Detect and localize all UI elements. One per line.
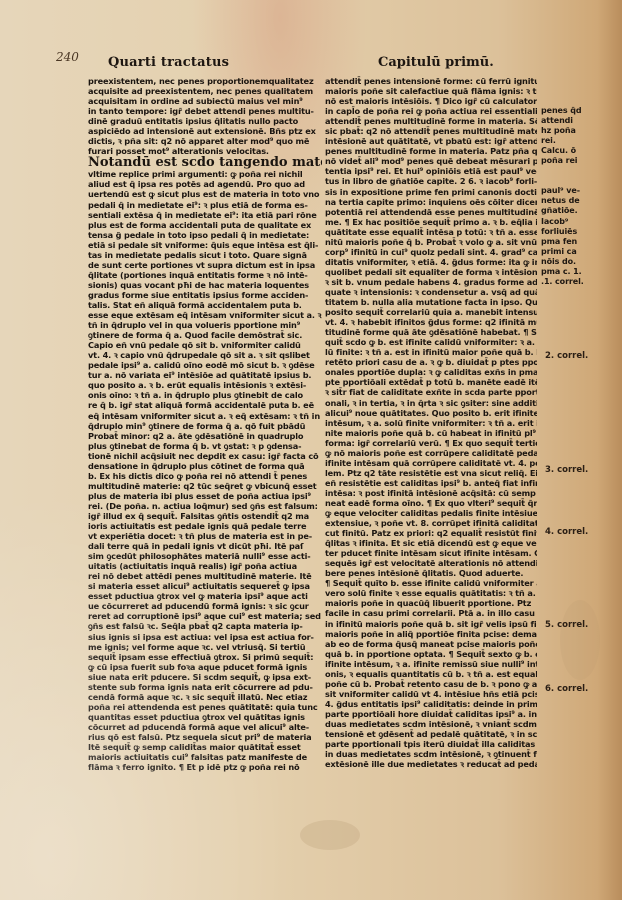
text-line: quit̄ scdo ꝙ b. est ifinite calidū vnifo… <box>325 337 537 347</box>
text-line: alicui⁹ noue quātitates. Quo posito b. e… <box>325 408 537 418</box>
text-line: onis oīno: ꝛ tñ a. in q̄druplo plus ꝯtin… <box>88 390 322 400</box>
text-line: posito sequit̄ correlariū quia a. manebi… <box>325 307 537 317</box>
text-line: dictis, ꝛ pña sit: q2 nō apparet alter m… <box>88 136 322 146</box>
text-line: sius ignis si ipsa est actiua: vel ipsa … <box>88 632 322 642</box>
text-line: penes q̄d <box>541 106 621 116</box>
text-line: sequēs igr̄ est velocitatē alterationis … <box>325 558 537 568</box>
text-line: vltime replice primi argumenti: ꝙ poña r… <box>88 169 322 179</box>
text-line: stente sub forma ignis nata erit cōcurre… <box>88 682 322 692</box>
text-line: me. ¶ Ex hac positiōe sequit̄ primo a. ꝛ… <box>325 217 537 227</box>
corollary-marker: 3. correl. <box>545 465 588 475</box>
text-line: ¶ Sequit̄ quīto b. esse ifinite calidū v… <box>325 578 537 588</box>
text-line: sequit̄ ipsam esse effectiuā ꝯtrox. Si p… <box>88 652 322 662</box>
text-line: neat eadē forma oīno. ¶ Ex quo vlteri⁹ s… <box>325 498 537 508</box>
text-line: extēsionē ille due medietates ꝛ reducat̄… <box>325 759 537 769</box>
text-line: ioris actiuitatis est pedale ignis quā p… <box>88 521 322 531</box>
text-line: sionis) quas vocant pħi de hac materia l… <box>88 280 322 290</box>
text-line: potentiā rei attendendā esse penes multi… <box>325 207 537 217</box>
text-line: etiā si pedale sit vniforme: q̄uis eque … <box>88 240 322 250</box>
text-line: q̄druplo min⁹ ꝯtinere de forma q̄ a. qō … <box>88 421 322 431</box>
text-line: eq̄ intēsam vniformiter sicut a. ꝛ eq̄ e… <box>88 411 322 421</box>
corollary-marker: 6. correl. <box>545 684 588 694</box>
text-line: Probat̄ minor: q2 a. āte ꝯdēsatiōnē in q… <box>88 431 322 441</box>
text-line: sic pbat̄: q2 nō attendit̄ penes multitu… <box>325 126 537 136</box>
text-line: retēto priori casu de a. ꝛ ꝙ b. diuidat̄… <box>325 357 537 367</box>
text-line: intēsionē aut quātitatē, vt pbatū est: i… <box>325 136 537 146</box>
text-line: quā b. in pportione optata. ¶ Sequit̄ se… <box>325 649 537 659</box>
text-line: intēsa: ꝛ post ifinitā intēsionē acq̄sit… <box>325 488 537 498</box>
text-line: maioris poñe in quacūq̄ libuerit pportio… <box>325 598 537 608</box>
text-line: Iacob⁹ <box>541 217 621 227</box>
text-line: in ifinitū maioris poñe quā b. sit igr̄ … <box>325 619 537 629</box>
text-line: ꝙ eque velociter caliditas pedalis finit… <box>325 508 537 518</box>
text-line: esset pductiua ꝯtrox vel ꝙ materia ipsi⁹… <box>88 591 322 601</box>
text-line: eñ resistētie est caliditas ipsi⁹ b. ant… <box>325 478 537 488</box>
text-line: densatione in q̄druplo plus cōtinet de f… <box>88 461 322 471</box>
text-line: onis, ꝛ equalis quantitatis cū b. ꝛ tñ a… <box>325 669 537 679</box>
text-line: ue cōcurreret ad pducendū formā ignis: ꝛ… <box>88 601 322 611</box>
left-text-column: preexistentem, nec penes proportionemqua… <box>88 76 322 772</box>
text-line: gñatiōe. <box>541 206 621 216</box>
text-line: tas in medietate pedalis sicut i toto. Q… <box>88 250 322 260</box>
text-line: attendit̄ penes intensionē forme: cū fer… <box>325 76 537 86</box>
text-line: vt. 4. ꝛ capio vnū q̄drupedale qō sit a.… <box>88 350 322 360</box>
text-line: Calcu. ō <box>541 146 621 156</box>
text-line: vt. 4. ꝛ habebit ifinitos g̃dus forme: q… <box>325 317 537 327</box>
text-line: flāma ꝛ ferro ignito. ¶ Et p idē ptz ꝙ p… <box>88 762 322 772</box>
text-line: tñ in q̄druplo vel in qua volueris pport… <box>88 320 322 330</box>
text-line: de sunt certe portiones vt supra dictum … <box>88 260 322 270</box>
text-line: ꝙ cū ipsa fuerit sub foꝛa aque pducet fo… <box>88 662 322 672</box>
text-line: facile in casu primi correlarii. Ptā a. … <box>325 608 537 618</box>
text-line: primi ca <box>541 247 621 257</box>
text-line: multitudinē materie: q2 tūc seq̄ret ꝙ vb… <box>88 481 322 491</box>
book-page: 240 Quarti tractatus Capitulū primū. pre… <box>0 0 622 900</box>
text-line: duas medietates scdm intēsionē, ꝛ vniant… <box>325 719 537 729</box>
text-line: acquisite ad preexistentem, nec penes qu… <box>88 86 322 96</box>
text-line: intēsum, ꝛ a. solū finite vniformiter: ꝛ… <box>325 418 537 428</box>
text-line <box>541 166 621 176</box>
running-head-right: Capitulū primū. <box>378 55 494 70</box>
text-line: dinē graduū entitatis ipsius q̄litatis n… <box>88 116 322 126</box>
text-line: in duas medietates scdm intēsionē, ꝛ ꝯti… <box>325 749 537 759</box>
text-line: ꝯñs est falsū ꝛc. Seq̄la pbat̄ q2 capta … <box>88 621 322 631</box>
text-line: ditatis vniformiter, ꝛ etiā. 4. g̃dus fo… <box>325 257 537 267</box>
paper-stain <box>560 600 600 680</box>
text-line: attendit̄ penes multitudinē forme in mat… <box>325 116 537 126</box>
text-line: q̄litate (portiones inquā entitatis form… <box>88 270 322 280</box>
text-line: quate ꝛ intensionis: ꝛ condensetur a. vs… <box>325 287 537 297</box>
text-line: quolibet pedali sit equaliter de forma ꝛ… <box>325 267 537 277</box>
text-line: furari posset mot⁹ alterationis velocita… <box>88 146 322 156</box>
text-line: si materia esset alicui⁹ actiuitatis seq… <box>88 581 322 591</box>
text-line: tensa g̃ pedale in toto ipso pedali q̄ i… <box>88 230 322 240</box>
text-line: parte pportionali tpis iterū diuidat̄ il… <box>325 739 537 749</box>
text-line: sentiali extēsa q̄ in medietate ei⁹: ita… <box>88 210 322 220</box>
text-line: ꝛ sit b. vnum pedale habens 4. gradus fo… <box>325 277 537 287</box>
text-line: ter pducet finite intēsam sicut ifinite … <box>325 548 537 558</box>
corollary-marker: 4. correl. <box>545 527 588 537</box>
text-line: tentia ipsi⁹ rei. Et hui⁹ opiniōis etiā … <box>325 166 537 176</box>
text-line: pedale ipsi⁹ a. calidū oīno eodē mō sicu… <box>88 360 322 370</box>
text-line: cendā formā aque ꝛc. ꝛ sic sequit̄ illat… <box>88 692 322 702</box>
text-line: forma: igr̄ correlariū verū. ¶ Ex quo se… <box>325 438 537 448</box>
text-line: paul⁹ ve- <box>541 186 621 196</box>
text-line: titudinē forme quā āte ꝯdēsatiōnē habeba… <box>325 327 537 337</box>
text-line: Capio eñ vnū pedale qō sit b. vniformite… <box>88 340 322 350</box>
text-line: lū finite: ꝛ tñ a. est in ifinitū maior … <box>325 347 537 357</box>
text-line: 4. g̃dus entitatis ipsi⁹ caliditatis: de… <box>325 699 537 709</box>
text-line: re q̄ b. igr̄ stat aliquā formā accident… <box>88 400 322 410</box>
text-line: pma fen <box>541 237 621 247</box>
text-line: quo posito a. ꝛ b. erūt equalis intēsion… <box>88 380 322 390</box>
text-line: dali terre quā in pedali ignis vt dicūt … <box>88 541 322 551</box>
text-line: rius qō est falsū. Ptz sequela sicut pri… <box>88 732 322 742</box>
text-line: poñe cū b. Probat̄ retento casu de b. ꝛ … <box>325 679 537 689</box>
text-line: igr̄ illud ex q̄ sequit̄. Falsitas ꝯñtis… <box>88 511 322 521</box>
text-line: nitū maioris poñe q̄ b. Probat̄ ꝛ volo ꝙ… <box>325 237 537 247</box>
text-line: quātitate esse equalit̄ intēsa p totū: ꝛ… <box>325 227 537 237</box>
text-line: .1. correl. <box>541 277 621 287</box>
text-line: quantitas esset pductiua ꝯtrox vel quāti… <box>88 712 322 722</box>
text-line: ꝙ nō maioris poñe est corrūpere calidita… <box>325 448 537 458</box>
text-line: tensionē et ꝯdēsent̄ ad pedalē quātitatē… <box>325 729 537 739</box>
running-head-left: Quarti tractatus <box>108 55 229 70</box>
text-line: talis. Stat eñ aliquā formā accidentalem… <box>88 300 322 310</box>
folio-number: 240 <box>56 50 79 64</box>
text-line: netus de <box>541 196 621 206</box>
text-line: onali, ꝛ in tertia, ꝛ in q̄rta ꝛ sic ꝯsi… <box>325 398 537 408</box>
text-line: maioris actiuitatis cui⁹ falsitas patz m… <box>88 752 322 762</box>
text-line: nō est maioris intēsiōis. ¶ Dico igr̄ cū… <box>325 96 537 106</box>
text-line <box>541 176 621 186</box>
text-line: rei. <box>541 136 621 146</box>
text-line: gradus forme siue entitatis ipsius forme… <box>88 290 322 300</box>
text-line: penes multitudinē forme in materia. Patz… <box>325 146 537 156</box>
text-line: cōcurret ad pducendā formā aque vel alic… <box>88 722 322 732</box>
text-line: Itē sequit̄ ꝙ semp calidit̄as maior quāt… <box>88 742 322 752</box>
text-line: plus de materia ibi plus esset de poña a… <box>88 491 322 501</box>
text-line: esse eque extēsam eq̄ intēsam vniformite… <box>88 310 322 320</box>
text-line: ab eo de forma q̄usq̄ maneat pcise maior… <box>325 639 537 649</box>
text-line: me ignis; vel forme aque ꝛc. vel vtriusq… <box>88 642 322 652</box>
text-line: tionē nichil acq̄siuit nec deꝑdit ex cas… <box>88 451 322 461</box>
text-line: uertendū est ꝙ sicut plus est de materia… <box>88 189 322 199</box>
text-line: ꝯtinere de forma q̄ a. Quod facile demōs… <box>88 330 322 340</box>
text-line: pte pportiōali extēdat̄ p totū b. manēte… <box>325 377 537 387</box>
text-line: cut finitū. Patz ex priori: q2 equalit̄ … <box>325 528 537 538</box>
marginal-note: penes q̄dattendihz poñarei.Calcu. ōpoña … <box>541 106 621 287</box>
text-line: aspiciēdo ad intensionē aut extensionē. … <box>88 126 322 136</box>
text-line: pedali q̄ in medietate ei⁹: ꝛ plus etiā … <box>88 200 322 210</box>
text-line: in tanto tempore: igr̄ debet attendi pen… <box>88 106 322 116</box>
text-line: tus in libro de gñatiōe capite. 2 6. ꝛ i… <box>325 176 537 186</box>
text-line: sit vniformiter calidū vt 4. intēsiue hñ… <box>325 689 537 699</box>
text-line: rei. (De poña. n. actiua loq̄mur) sed ꝯñ… <box>88 501 322 511</box>
text-line: parte pportiōali hore diuidat̄ caliditas… <box>325 709 537 719</box>
text-line: reret ad corruptionē ipsi⁹ aque cui⁹ est… <box>88 611 322 621</box>
text-line: hz poña <box>541 126 621 136</box>
text-line: ifinite intēsam quā corrūpere caliditatē… <box>325 458 537 468</box>
text-line: poña rei <box>541 156 621 166</box>
text-line: onales pportiōe dupla: ꝛ ꝙ caliditas exñ… <box>325 367 537 377</box>
text-line: maioris poñe sit calefactiue quā flāma i… <box>325 86 537 96</box>
text-line: preexistentem, nec penes proportionemqua… <box>88 76 322 86</box>
text-line: q̄litas ꝛ ifinita. Et sic etiā dicendū e… <box>325 538 537 548</box>
text-line: siue nata erit pducere. Si scdm sequit̄,… <box>88 672 322 682</box>
text-line: nōis do. <box>541 257 621 267</box>
text-line: attendi <box>541 116 621 126</box>
text-line: ifinite intēsum, ꝛ a. ifinite remissū si… <box>325 659 537 669</box>
text-line: bere penes intēsionē q̄litatis. Quod adu… <box>325 568 537 578</box>
text-line: vero solū finite ꝛ esse equalis quātitat… <box>325 588 537 598</box>
text-line: maioris poñe in aliq̄ pportiōe finita pc… <box>325 629 537 639</box>
text-line: na tertia capite primo: inquiens oēs cōi… <box>325 197 537 207</box>
text-line: plus ꝯtinebat de forma q̄ b. vt ꝯstat: ꝛ… <box>88 441 322 451</box>
text-line: nite maioris poñe quā b. cū habeat in if… <box>325 428 537 438</box>
text-line: plus est de forma accidentali puta de qu… <box>88 220 322 230</box>
text-line: aliud est q̄ ipsa res potēs ad agendū. P… <box>88 179 322 189</box>
section-heading: Notandū est scdo tangendo materiā <box>88 156 322 169</box>
corollary-marker: 2. correl. <box>545 351 588 361</box>
text-line: ꝛ sit̄r fiat de caliditate exñte in scda… <box>325 387 537 397</box>
text-line: vt experiētia docet: ꝛ tñ plus de materi… <box>88 531 322 541</box>
text-line: titatem b. nulla alia mutatione facta in… <box>325 297 537 307</box>
text-line: extensiue, ꝛ poñe vt. 8. corrūpet ifinit… <box>325 518 537 528</box>
text-line: sis in expositione prime fen primi canon… <box>325 187 537 197</box>
text-line: acquisitam in ordine ad subiectū maius v… <box>88 96 322 106</box>
text-line: nō videt̄ ali⁹ mod⁹ penes quē debeat mēs… <box>325 156 537 166</box>
text-line: poña rei attendenda est penes quātitatē:… <box>88 702 322 712</box>
text-line: pma c. 1. <box>541 267 621 277</box>
paper-stain <box>300 820 360 850</box>
corollary-marker: 5. correl. <box>545 620 588 630</box>
text-line: rei nō debet attēdi penes multitudinē ma… <box>88 571 322 581</box>
text-line: uitatis (actiuitatis inquā realis) igr̄ … <box>88 561 322 571</box>
text-line: in capl̄o de poña rei ꝙ poña actiua rei … <box>325 106 537 116</box>
text-line: forliuiēs <box>541 227 621 237</box>
text-line: b. Ex his dictis dico ꝙ poña rei nō atte… <box>88 471 322 481</box>
right-text-column: attendit̄ penes intensionē forme: cū fer… <box>325 76 537 769</box>
text-line: corp⁹ ifinitū in cui⁹ quolz pedali sint.… <box>325 247 537 257</box>
text-line: tur a. nō variata ei⁹ intēsiōe ad quātit… <box>88 370 322 380</box>
text-line: lem. Ptz q2 tāte resistētie est vna sicu… <box>325 468 537 478</box>
text-line: sim ꝯcedūt philosophātes materiā nulli⁹ … <box>88 551 322 561</box>
